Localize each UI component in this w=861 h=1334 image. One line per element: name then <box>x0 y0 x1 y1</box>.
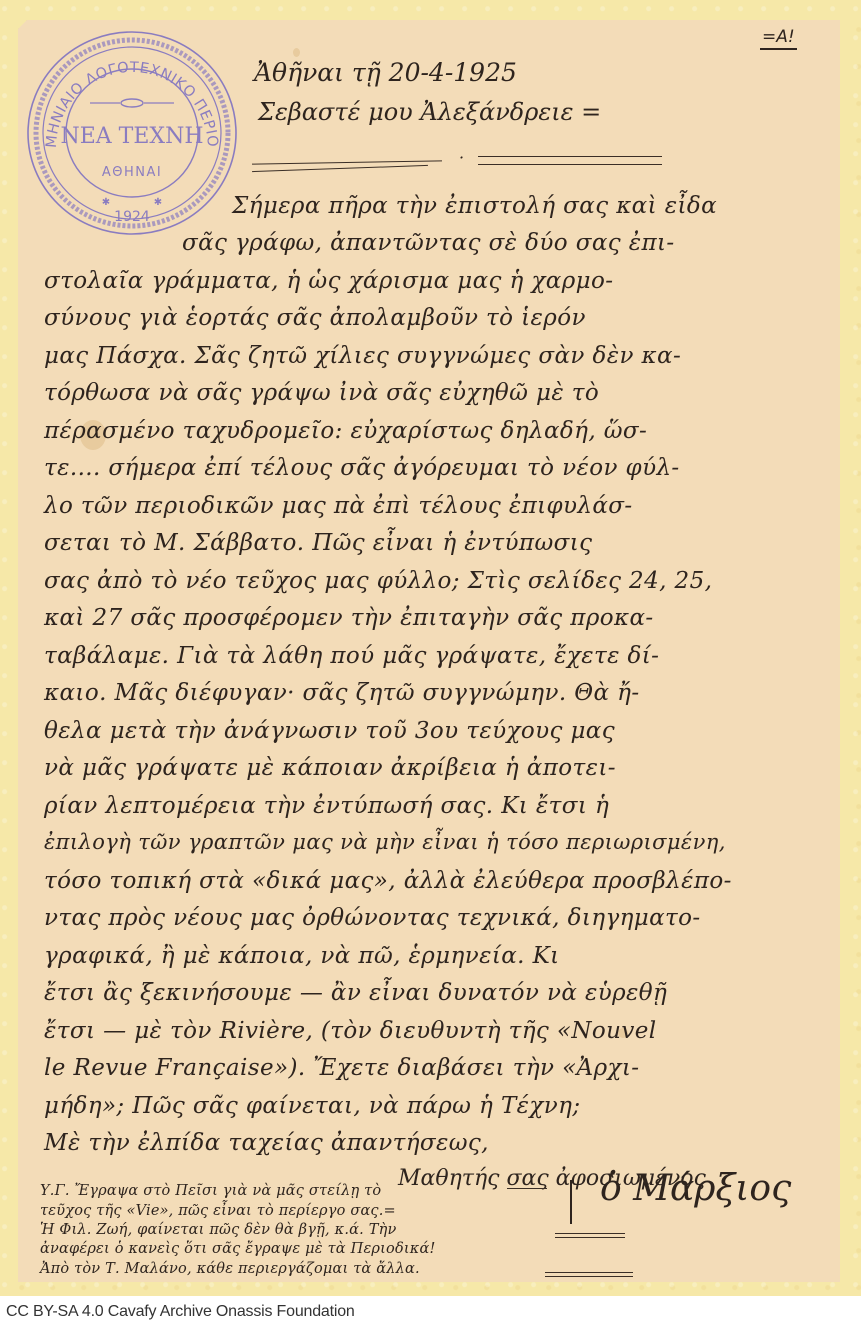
body-line: στολαῖα γράμματα, ἡ ὡς χάρισμα μας ἡ χαρ… <box>44 268 613 294</box>
body-line: θελα μετὰ τὴν ἀνάγνωσιν τοῦ 3ου τεύχους … <box>44 718 615 744</box>
body-line: ταβάλαμε. Γιὰ τὰ λάθη πού μᾶς γράψατε, ἔ… <box>44 643 659 669</box>
paper-stain <box>293 48 300 57</box>
reference-mark: =A! <box>760 27 797 50</box>
body-line: πέρασμένο ταχυδρομεῖο: εὐχαρίστως δηλαδή… <box>44 418 647 444</box>
body-line: le Revue Française»). Ἔχετε διαβάσει τὴν… <box>44 1055 639 1081</box>
body-line: Μὲ τὴν ἐλπίδα ταχείας ἀπαντήσεως, <box>44 1130 489 1156</box>
svg-text:✱: ✱ <box>102 197 110 208</box>
body-line: ἔτσι — μὲ τὸν Rivière, (τὸν διευθυντὴ τῆ… <box>44 1018 657 1044</box>
body-line: καιο. Μᾶς διέφυγαν· σᾶς ζητῶ συγγνώμην. … <box>44 680 640 706</box>
body-line: ἔτσι ἂς ξεκινήσουμε — ἂν εἶναι δυνατόν ν… <box>44 980 667 1006</box>
signature-flourish <box>570 1180 572 1224</box>
archive-credit-caption: CC BY-SA 4.0 Cavafy Archive Onassis Foun… <box>6 1303 355 1321</box>
body-line: καὶ 27 σᾶς προσφέρομεν τὴν ἐπιταγὴν σᾶς … <box>44 605 654 631</box>
body-line: Σήμερα πῆρα τὴν ἐπιστολή σας καὶ εἶδα <box>232 193 717 219</box>
postscript-underline <box>545 1272 633 1273</box>
postscript-underline <box>545 1276 633 1277</box>
postscript-line: Ἡ Φιλ. Ζωή, φαίνεται πῶς δὲν θὰ βγῇ, κ.ά… <box>40 1222 397 1238</box>
letter-salutation: Σεβαστέ μου Ἀλεξάνδρειε = <box>258 98 601 126</box>
postscript-underline <box>555 1233 625 1234</box>
body-line: σύνους γιὰ ἑορτάς σᾶς ἀπολαμβοῦν τὸ ἱερό… <box>44 305 586 331</box>
body-line: μας Πάσχα. Σᾶς ζητῶ χίλιες συγγνώμες σὰν… <box>44 343 681 369</box>
stamp-seal-icon: ΜΗΝΙΑΙΟ ΛΟΓΟΤΕΧΝΙΚΟ ΠΕΡΙΟΔΙΚΟ ΝΕΑ ΤΕΧΝΗ … <box>26 30 238 236</box>
postscript-underline <box>555 1237 625 1238</box>
body-line: τόσο τοπική στὰ «δικά μας», ἀλλὰ ἐλεύθερ… <box>44 868 732 894</box>
stamp-title: ΝΕΑ ΤΕΧΝΗ <box>60 124 203 149</box>
postscript-line: Ἀπὸ τὸν Τ. Μαλάνο, κάθε περιεργάζομαι τὰ… <box>40 1261 420 1277</box>
letter-date: Ἀθῆναι τῇ 20-4-1925 <box>254 58 517 87</box>
body-line: σεται τὸ Μ. Σάββατο. Πῶς εἶναι ἡ ἐντύπωσ… <box>44 530 592 556</box>
body-line: μήδη»; Πῶς σᾶς φαίνεται, νὰ πάρω ἡ Τέχνη… <box>44 1093 580 1119</box>
postscript-line: τεῦχος τῆς «Vie», πῶς εἶναι τὸ περίεργο … <box>40 1203 396 1219</box>
stamp-city: ΑΘΗΝΑΙ <box>102 165 162 180</box>
body-line: τόρθωσα νὰ σᾶς γράψω ἰνὰ σᾶς εὐχηθῶ μὲ τ… <box>44 380 599 406</box>
body-line: τε.... σήμερα ἐπί τέλους σᾶς ἀγόρευμαι τ… <box>44 455 680 481</box>
divider-line <box>478 156 662 157</box>
letter-signature: ὁ Μάρξιος <box>600 1168 791 1209</box>
body-line: ἐπιλογὴ τῶν γραπτῶν μας νὰ μὴν εἶναι ἡ τ… <box>44 830 726 854</box>
divider-line <box>478 164 662 165</box>
postscript-line: ἀναφέρει ὁ κανεὶς ὅτι σᾶς ἔγραψε μὲ τὰ Π… <box>40 1241 436 1257</box>
body-line: νὰ μᾶς γράψατε μὲ κάποιαν ἀκρίβεια ἡ ἀπο… <box>44 755 616 781</box>
body-line: σᾶς γράφω, ἀπαντῶντας σὲ δύο σας ἐπι- <box>182 230 675 256</box>
body-line: ρίαν λεπτομέρεια τὴν ἐντύπωσή σας. Κι ἔτ… <box>44 793 609 819</box>
svg-text:✱: ✱ <box>154 197 162 208</box>
body-line: σας ἀπὸ τὸ νέο τεῦχος μας φύλλο; Στὶς σε… <box>44 568 712 594</box>
body-line: γραφικά, ἢ μὲ κάποια, νὰ πῶ, ἑρμηνεία. Κ… <box>44 943 560 969</box>
postscript-underline <box>507 1188 547 1189</box>
nea-techni-stamp: ΜΗΝΙΑΙΟ ΛΟΓΟΤΕΧΝΙΚΟ ΠΕΡΙΟΔΙΚΟ ΝΕΑ ΤΕΧΝΗ … <box>26 30 238 236</box>
body-line: ντας πρὸς νέους μας ὀρθώνοντας τεχνικά, … <box>44 905 701 931</box>
postscript-line: Υ.Γ. Ἔγραψα στὸ Πεῖσι γιὰ νὰ μᾶς στείλῃ … <box>40 1183 381 1199</box>
divider-dot: · <box>459 148 464 167</box>
stamp-year: 1924 <box>114 209 150 225</box>
body-line: λο τῶν περιοδικῶν μας πὰ ἐπὶ τέλους ἐπιφ… <box>44 493 633 519</box>
